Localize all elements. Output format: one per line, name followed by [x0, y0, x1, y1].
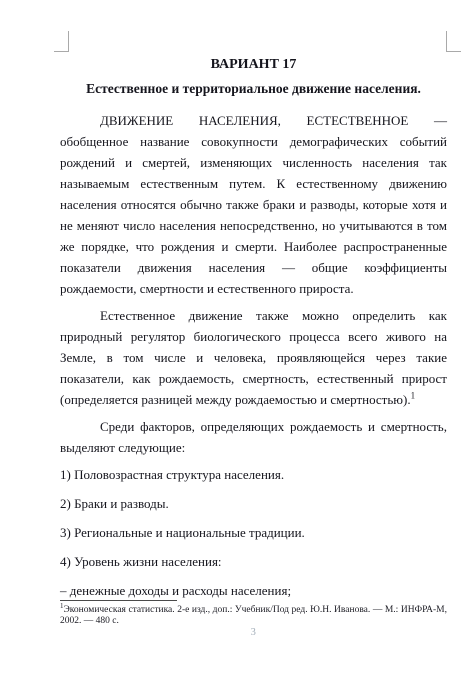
list-item-4: 4) Уровень жизни населения:	[60, 551, 447, 572]
list-item-2: 2) Браки и разводы.	[60, 493, 447, 514]
paragraph-definition: ДВИЖЕНИЕ НАСЕЛЕНИЯ, ЕСТЕСТВЕННОЕ — обобщ…	[60, 110, 447, 299]
page-title: ВАРИАНТ 17	[60, 56, 447, 74]
footnote-section: 1Экономическая статистика. 2-е изд., доп…	[60, 600, 447, 627]
list-item-3: 3) Региональные и национальные традиции.	[60, 522, 447, 543]
page-number: 3	[60, 627, 447, 638]
page-subtitle: Естественное и территориальное движение …	[60, 80, 447, 98]
paragraph-natural-movement: Естественное движение также можно опреде…	[60, 305, 447, 410]
footnote-reference: 1	[411, 391, 416, 401]
page-content: ВАРИАНТ 17 Естественное и территориально…	[60, 0, 447, 609]
footnote-text: 1Экономическая статистика. 2-е изд., доп…	[60, 605, 447, 627]
footnote-citation: Экономическая статистика. 2-е изд., доп.…	[60, 605, 447, 626]
list-item-dash: – денежные доходы и расходы населения;	[60, 580, 447, 601]
footnote-separator-line	[60, 600, 177, 601]
paragraph-factors-intro: Среди факторов, определяющих рождаемость…	[60, 416, 447, 458]
text-boundary-mark-top-right	[446, 31, 461, 52]
document-page: ВАРИАНТ 17 Естественное и территориально…	[0, 0, 476, 674]
paragraph-text: Естественное движение также можно опреде…	[60, 308, 447, 407]
list-item-1: 1) Половозрастная структура населения.	[60, 464, 447, 485]
